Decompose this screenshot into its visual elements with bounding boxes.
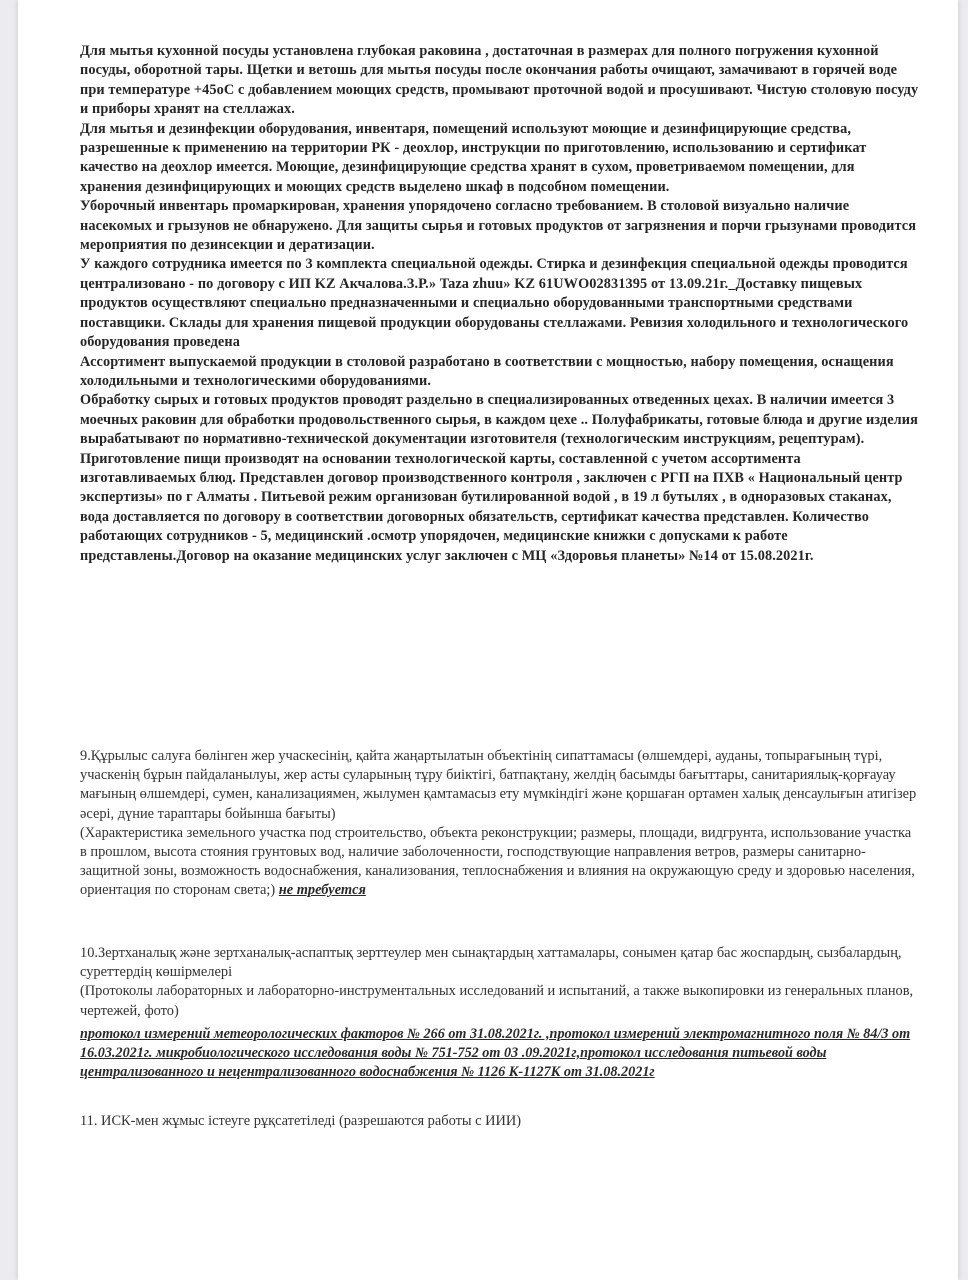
section-9-kazakh: 9.Құрылыс салуға бөлінген жер учаскесіні…	[80, 747, 920, 824]
paragraph-disinfection: Для мытья и дезинфекции оборудования, ин…	[80, 120, 920, 198]
section-9-answer: не требуется	[279, 882, 366, 898]
section-10-answer: протокол измерений метеорологических фак…	[80, 1025, 920, 1082]
paragraph-dishwashing: Для мытья кухонной посуды установлена гл…	[80, 42, 920, 120]
section-9-russian: (Характеристика земельного участка под с…	[80, 824, 920, 901]
paragraph-pest-control: Уборочный инвентарь промаркирован, хране…	[80, 197, 920, 255]
document-page: Для мытья кухонной посуды установлена гл…	[18, 0, 958, 1280]
section-11: 11. ИСК-мен жұмыс істеуге рұқсатетіледі …	[80, 1112, 920, 1131]
paragraph-assortment: Ассортимент выпускаемой продукции в стол…	[80, 353, 920, 392]
section-10-kazakh: 10.Зертханалық және зертханалық-аспаптық…	[80, 944, 920, 982]
section-10-russian: (Протоколы лабораторных и лабораторно-ин…	[80, 982, 920, 1020]
section-11-text: 11. ИСК-мен жұмыс істеуге рұқсатетіледі …	[80, 1112, 920, 1131]
section-9-russian-text: (Характеристика земельного участка под с…	[80, 825, 915, 899]
paragraph-processing: Обработку сырых и готовых продуктов пров…	[80, 391, 920, 566]
section-9: 9.Құрылыс салуға бөлінген жер учаскесіні…	[80, 747, 920, 901]
sanitary-conditions-text: Для мытья кухонной посуды установлена гл…	[80, 42, 920, 566]
paragraph-uniforms-delivery: У каждого сотрудника имеется по 3 компле…	[80, 255, 920, 352]
section-10: 10.Зертханалық және зертханалық-аспаптық…	[80, 944, 920, 1082]
